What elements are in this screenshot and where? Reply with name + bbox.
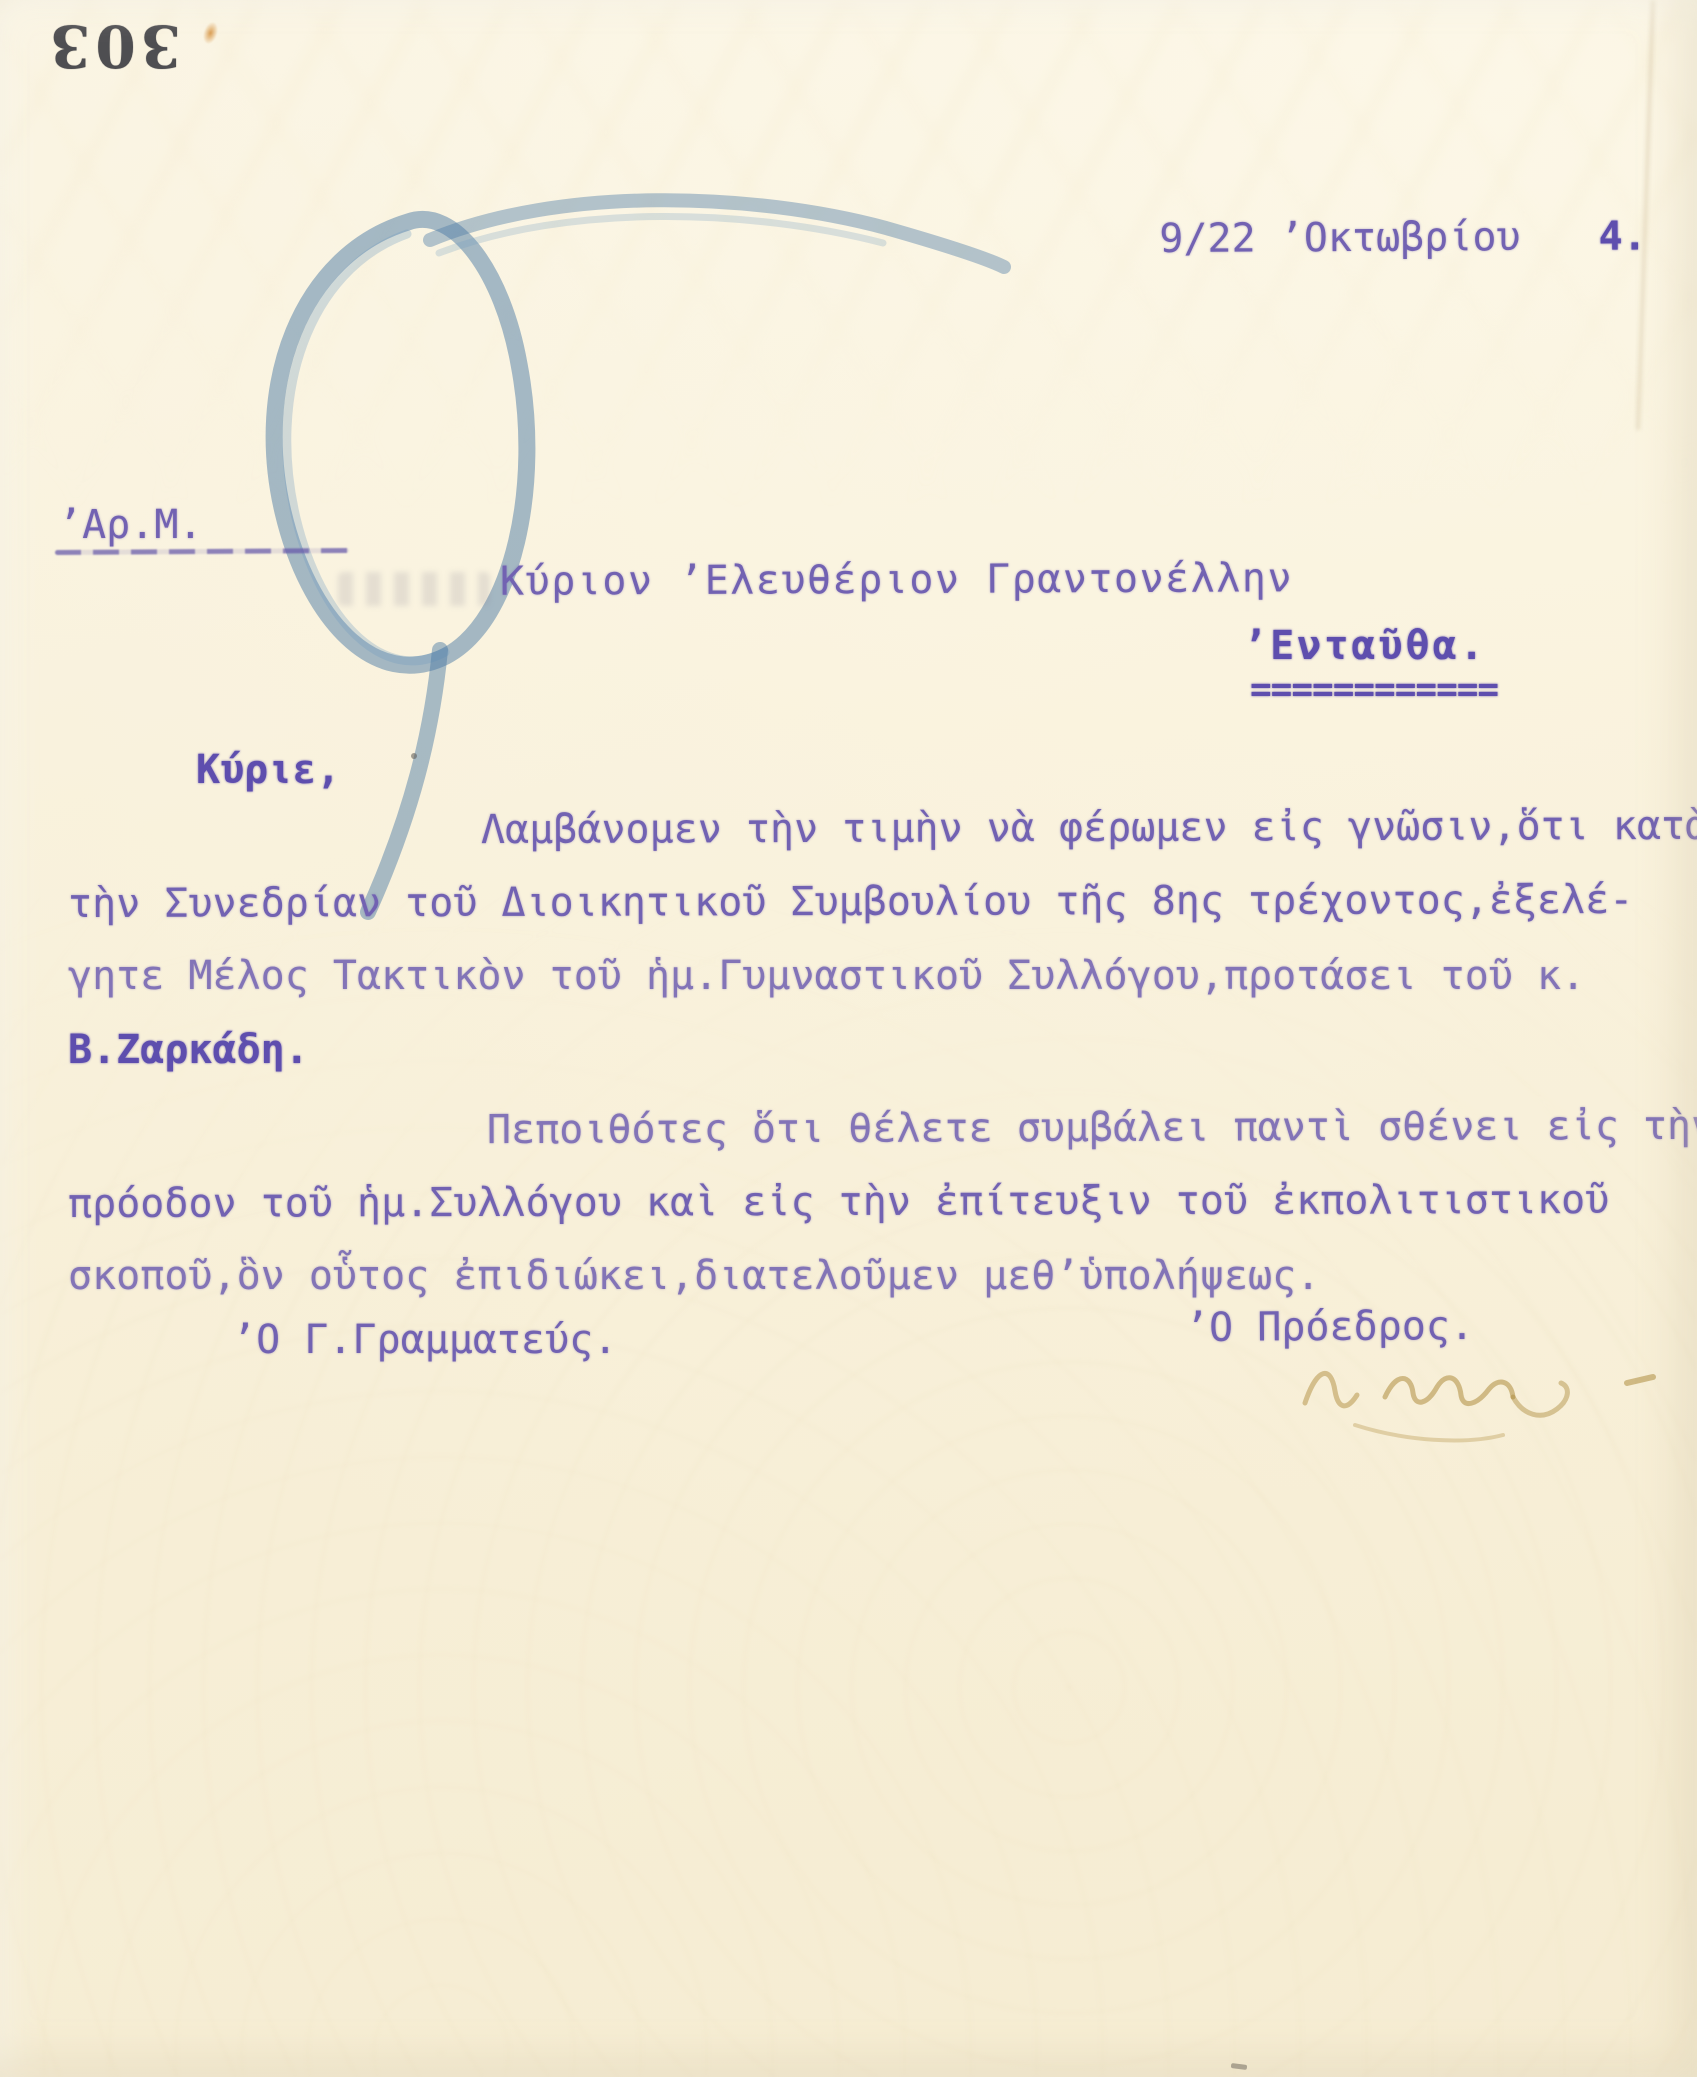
page-number-stamp: 303 — [28, 12, 198, 80]
body-line: τὴν Συνεδρίαν τοῦ Διοικητικοῦ Συμβουλίου… — [68, 876, 1633, 928]
body-line: γητε Μέλος Τακτικὸν τοῦ ἡμ.Γυμναστικοῦ Σ… — [68, 952, 1585, 1000]
date-value: 9/22 ’Οκτωβρίου — [1159, 214, 1520, 262]
foxing-spot — [201, 21, 220, 46]
body-line: πρόοδον τοῦ ἡμ.Συλλόγου καὶ εἰς τὴν ἐπίτ… — [68, 1176, 1609, 1228]
date-year: 4. — [1598, 213, 1646, 259]
body-line: Β.Ζαρκάδη. — [68, 1026, 309, 1074]
place-underline-rule: ============ — [1250, 666, 1498, 714]
addressee-line: Κύριον ’Ελευθέριον Γραντονέλλην — [500, 554, 1293, 605]
place-line: ’Ενταῦθα. — [1243, 622, 1487, 670]
letter-page: 303 9/22 ’Οκτωβρίου4. ’Αρ.Μ. Κύριον ’Ελε… — [0, 0, 1697, 2077]
secretary-title: ’Ο Γ.Γραμματεύς. — [232, 1316, 617, 1364]
edge-speck — [1231, 2063, 1247, 2070]
salutation: Κύριε, — [196, 746, 341, 794]
erased-pencil-marks — [338, 572, 490, 606]
ref-number-label: ’Αρ.Μ. — [58, 501, 203, 549]
body-line: Πεποιθότες ὅτι θέλετε συμβάλει παντὶ σθέ… — [487, 1102, 1697, 1154]
ink-speck — [411, 753, 417, 759]
president-signature — [1235, 1325, 1665, 1455]
date-line: 9/22 ’Οκτωβρίου4. — [1063, 164, 1647, 311]
body-line: Λαμβάνομεν τὴν τιμὴν νὰ φέρωμεν εἰς γνῶσ… — [481, 802, 1697, 854]
body-line: σκοποῦ,ὃν οὗτος ἐπιδιώκει,διατελοῦμεν με… — [68, 1252, 1320, 1300]
